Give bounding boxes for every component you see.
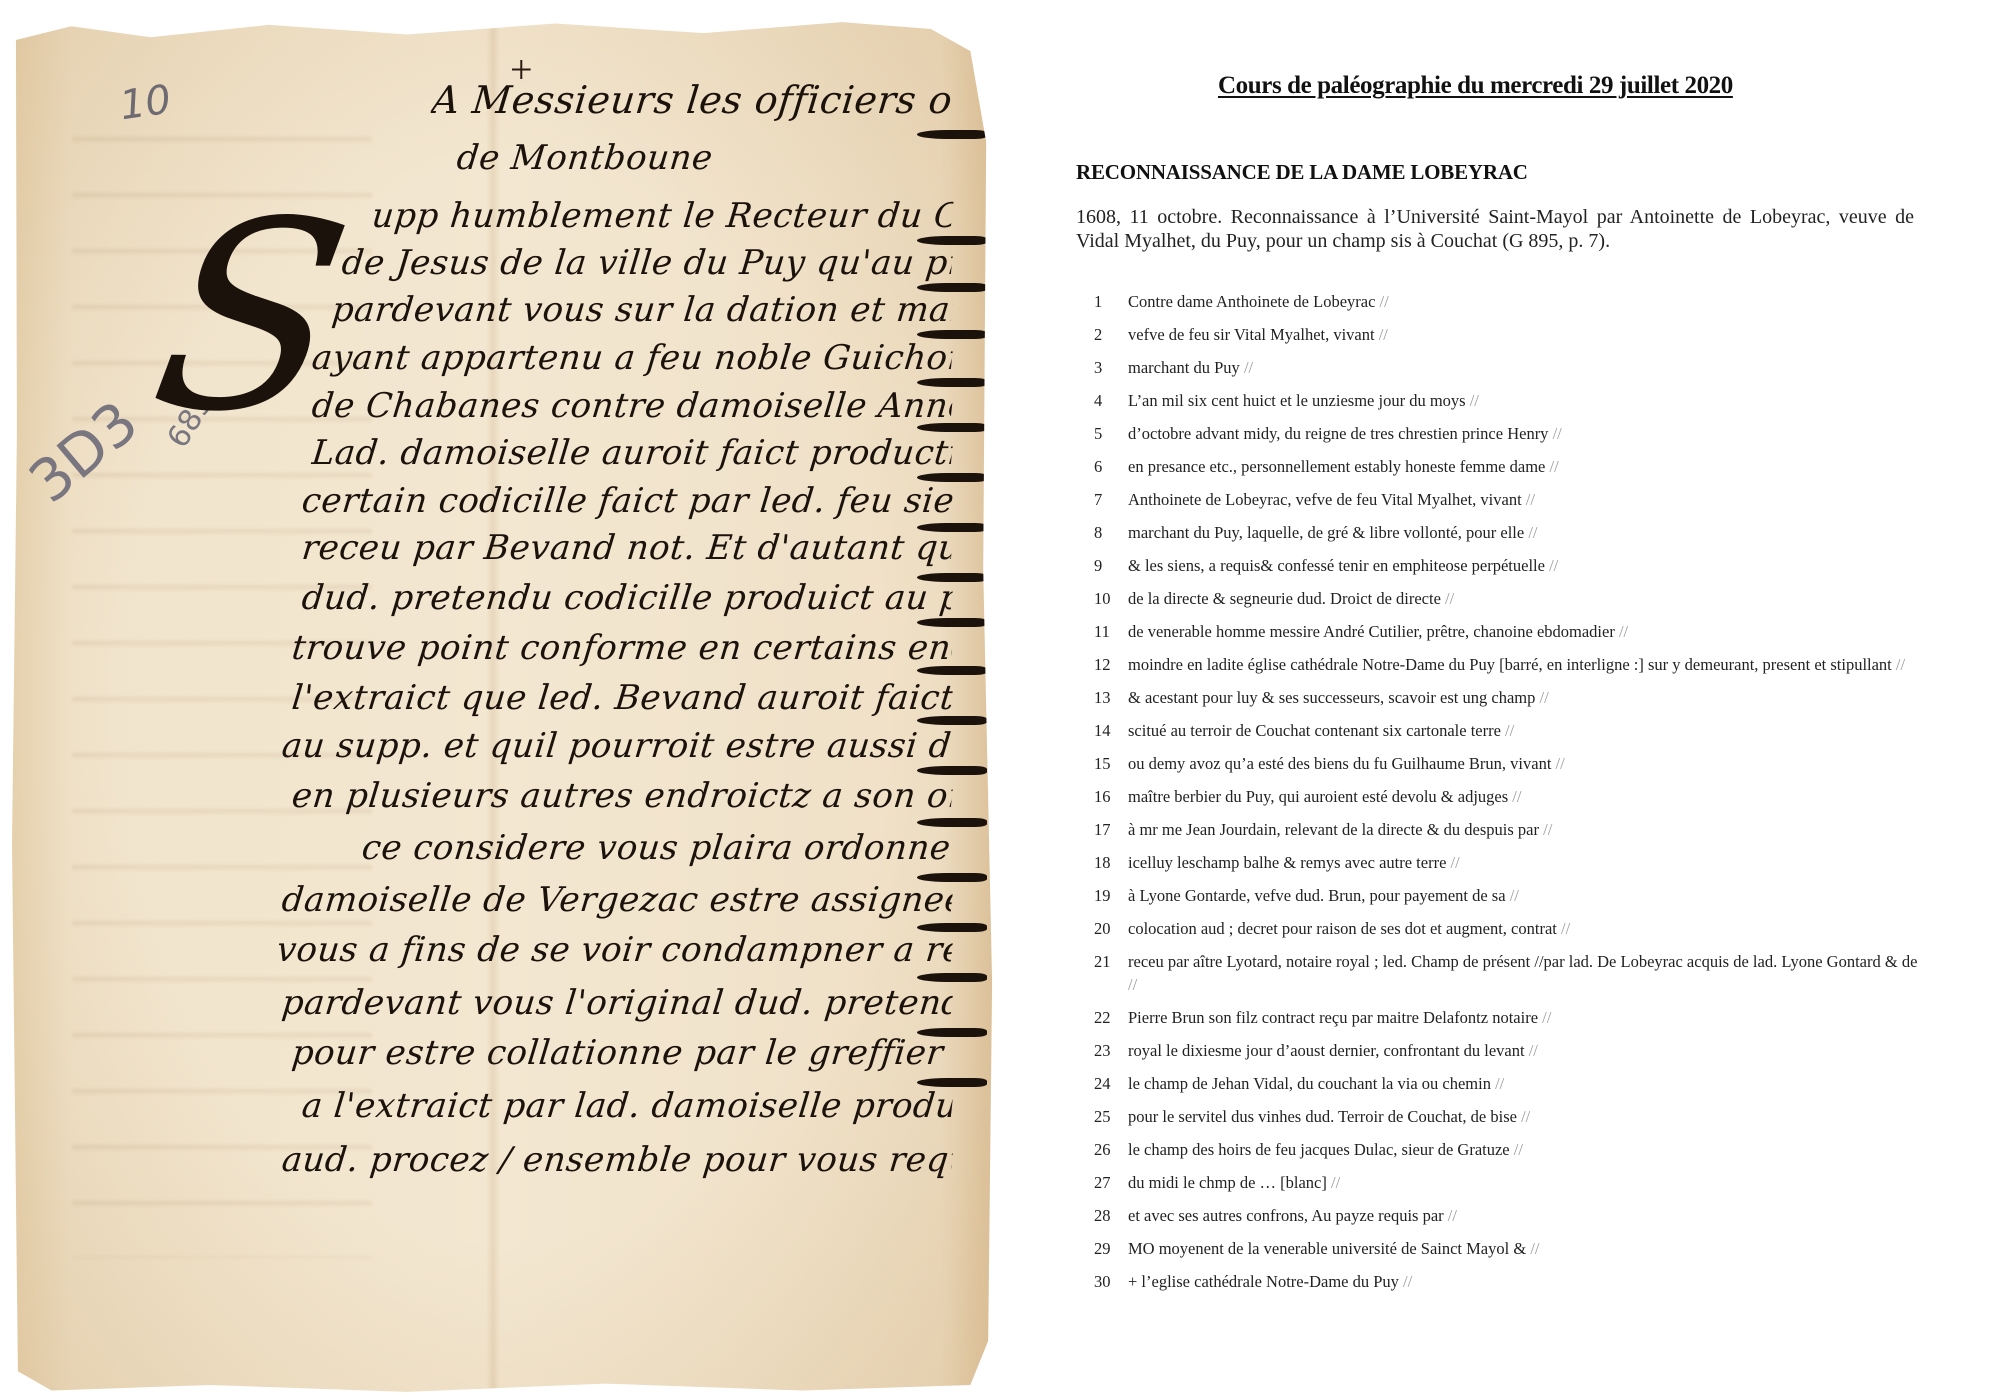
line-text: Pierre Brun son filz contract reçu par m… — [1128, 1006, 1922, 1029]
line-number: 25 — [1092, 1105, 1128, 1128]
line-number: 23 — [1092, 1039, 1128, 1062]
handwritten-line: aud. procez / ensemble pour vous requis … — [280, 1140, 954, 1180]
transcription-line: 27du midi le chmp de … [blanc] // — [1092, 1171, 1922, 1194]
transcription-line: 7Anthoinete de Lobeyrac, vefve de feu Vi… — [1092, 488, 1922, 511]
line-text: royal le dixiesme jour d’aoust dernier, … — [1128, 1039, 1922, 1062]
line-number: 14 — [1092, 719, 1128, 742]
line-filler-stroke — [917, 766, 987, 775]
document-summary: 1608, 11 octobre. Reconnaissance à l’Uni… — [1076, 205, 1914, 253]
folio-number: 10 — [117, 77, 174, 130]
line-separator: // — [1505, 721, 1514, 740]
handwritten-line: upp humblement le Recteur du College de … — [370, 196, 954, 236]
line-text: en presance etc., personnellement establ… — [1128, 455, 1922, 478]
transcription-line: 19à Lyone Gontarde, vefve dud. Brun, pou… — [1092, 884, 1922, 907]
line-filler-stroke — [917, 523, 987, 532]
transcription-line: 21receu par aître Lyotard, notaire royal… — [1092, 950, 1922, 996]
line-filler-stroke — [917, 330, 987, 339]
line-filler-stroke — [917, 1078, 987, 1087]
page-title: Cours de paléographie du mercredi 29 jui… — [1218, 72, 1733, 100]
transcription-line: 20colocation aud ; decret pour raison de… — [1092, 917, 1922, 940]
handwritten-line: a l'extraict par lad. damoiselle produic… — [300, 1086, 954, 1126]
line-separator: // — [1539, 688, 1548, 707]
line-number: 28 — [1092, 1204, 1128, 1227]
line-filler-stroke — [917, 573, 987, 582]
line-filler-stroke — [917, 716, 987, 725]
line-separator: // — [1526, 490, 1535, 509]
line-number: 18 — [1092, 851, 1128, 874]
line-filler-stroke — [917, 873, 987, 882]
line-separator: // — [1521, 1107, 1530, 1126]
transcription-lines: 1Contre dame Anthoinete de Lobeyrac //2v… — [1092, 290, 1922, 1303]
line-separator: // — [1543, 820, 1552, 839]
line-filler-stroke — [917, 283, 987, 292]
transcription-line: 1Contre dame Anthoinete de Lobeyrac // — [1092, 290, 1922, 313]
line-filler-stroke — [917, 1028, 987, 1037]
transcription-line: 22Pierre Brun son filz contract reçu par… — [1092, 1006, 1922, 1029]
transcription-line: 16maître berbier du Puy, qui auroient es… — [1092, 785, 1922, 808]
line-separator: // — [1128, 975, 1137, 994]
handwritten-line: Lad. damoiselle auroit faict production … — [310, 433, 954, 473]
line-number: 17 — [1092, 818, 1128, 841]
line-text: icelluy leschamp balhe & remys avec autr… — [1128, 851, 1922, 874]
line-separator: // — [1528, 523, 1537, 542]
line-filler-stroke — [917, 973, 987, 982]
line-text: marchant du Puy // — [1128, 356, 1922, 379]
line-number: 12 — [1092, 653, 1128, 676]
line-number: 26 — [1092, 1138, 1128, 1161]
line-text: et avec ses autres confrons, Au payze re… — [1128, 1204, 1922, 1227]
transcription-line: 24le champ de Jehan Vidal, du couchant l… — [1092, 1072, 1922, 1095]
line-text: & acestant pour luy & ses successeurs, s… — [1128, 686, 1922, 709]
transcription-line: 4L’an mil six cent huict et le unziesme … — [1092, 389, 1922, 412]
transcription-line: 5d’octobre advant midy, du reigne de tre… — [1092, 422, 1922, 445]
line-number: 7 — [1092, 488, 1128, 511]
transcription-line: 26le champ des hoirs de feu jacques Dula… — [1092, 1138, 1922, 1161]
line-text: le champ de Jehan Vidal, du couchant la … — [1128, 1072, 1922, 1095]
handwritten-line: ayant appartenu a feu noble Guichon de C… — [310, 338, 954, 378]
handwritten-line: ce considere vous plaira ordonner lad. — [360, 828, 954, 868]
line-separator: // — [1445, 589, 1454, 608]
line-number: 13 — [1092, 686, 1128, 709]
line-filler-stroke — [917, 473, 987, 482]
line-text: L’an mil six cent huict et le unziesme j… — [1128, 389, 1922, 412]
transcription-line: 12moindre en ladite église cathédrale No… — [1092, 653, 1922, 676]
handwritten-line: A Messieurs les officiers ordinaires — [430, 78, 955, 122]
line-text: scitué au terroir de Couchat contenant s… — [1128, 719, 1922, 742]
line-separator: // — [1550, 457, 1559, 476]
document-heading: RECONNAISSANCE DE LA DAME LOBEYRAC — [1076, 160, 1528, 185]
transcription-line: 8marchant du Puy, laquelle, de gré & lib… — [1092, 521, 1922, 544]
line-text: de la directe & segneurie dud. Droict de… — [1128, 587, 1922, 610]
line-text: d’octobre advant midy, du reigne de tres… — [1128, 422, 1922, 445]
handwritten-line: l'extraict que led. Bevand auroit faict … — [290, 678, 954, 718]
line-number: 29 — [1092, 1237, 1128, 1260]
line-separator: // — [1542, 1008, 1551, 1027]
line-text: de venerable homme messire André Cutilie… — [1128, 620, 1922, 643]
handwritten-line: pardevant vous l'original dud. pretendu … — [280, 983, 954, 1023]
line-number: 27 — [1092, 1171, 1128, 1194]
line-text: ou demy avoz qu’a esté des biens du fu G… — [1128, 752, 1922, 775]
line-text: Anthoinete de Lobeyrac, vefve de feu Vit… — [1128, 488, 1922, 511]
line-separator: // — [1561, 919, 1570, 938]
transcription-line: 30+ l’eglise cathédrale Notre-Dame du Pu… — [1092, 1270, 1922, 1293]
line-number: 15 — [1092, 752, 1128, 775]
line-separator: // — [1495, 1074, 1504, 1093]
line-number: 3 — [1092, 356, 1128, 379]
line-separator: // — [1553, 424, 1562, 443]
line-number: 5 — [1092, 422, 1128, 445]
line-number: 20 — [1092, 917, 1128, 940]
line-number: 2 — [1092, 323, 1128, 346]
line-separator: // — [1244, 358, 1253, 377]
line-filler-stroke — [917, 923, 987, 932]
handwritten-line: pardevant vous sur la dation et maintenu… — [330, 290, 954, 330]
handwritten-line: dud. pretendu codicille produict au proc… — [300, 578, 954, 618]
handwritten-line: damoiselle de Vergezac estre assignee pa… — [280, 880, 954, 920]
line-text: moindre en ladite église cathédrale Notr… — [1128, 653, 1922, 676]
handwritten-line: vous a fins de se voir condampner a reme… — [275, 930, 954, 970]
line-filler-stroke — [917, 818, 987, 827]
line-separator: // — [1529, 1041, 1538, 1060]
transcription-line: 2vefve de feu sir Vital Myalhet, vivant … — [1092, 323, 1922, 346]
line-separator: // — [1514, 1140, 1523, 1159]
line-separator: // — [1896, 655, 1905, 674]
transcription-line: 11de venerable homme messire André Cutil… — [1092, 620, 1922, 643]
handwritten-line: en plusieurs autres endroictz a son orig… — [290, 776, 954, 816]
transcription-line: 18icelluy leschamp balhe & remys avec au… — [1092, 851, 1922, 874]
line-number: 24 — [1092, 1072, 1128, 1095]
line-filler-stroke — [917, 618, 987, 627]
line-number: 6 — [1092, 455, 1128, 478]
line-filler-stroke — [917, 378, 987, 387]
transcription-line: 14scitué au terroir de Couchat contenant… — [1092, 719, 1922, 742]
line-separator: // — [1448, 1206, 1457, 1225]
line-separator: // — [1379, 325, 1388, 344]
line-number: 30 — [1092, 1270, 1128, 1293]
line-text: à Lyone Gontarde, vefve dud. Brun, pour … — [1128, 884, 1922, 907]
line-text: à mr me Jean Jourdain, relevant de la di… — [1128, 818, 1922, 841]
line-separator: // — [1530, 1239, 1539, 1258]
transcription-line: 13& acestant pour luy & ses successeurs,… — [1092, 686, 1922, 709]
line-separator: // — [1403, 1272, 1412, 1291]
handwritten-line: de Montboune — [455, 138, 715, 178]
line-text: maître berbier du Puy, qui auroient esté… — [1128, 785, 1922, 808]
line-separator: // — [1380, 292, 1389, 311]
line-number: 1 — [1092, 290, 1128, 313]
line-number: 10 — [1092, 587, 1128, 610]
line-separator: // — [1619, 622, 1628, 641]
line-separator: // — [1510, 886, 1519, 905]
transcription-line: 6en presance etc., personnellement estab… — [1092, 455, 1922, 478]
transcription-line: 23royal le dixiesme jour d’aoust dernier… — [1092, 1039, 1922, 1062]
line-filler-stroke — [917, 666, 987, 675]
line-filler-stroke — [917, 423, 987, 432]
line-number: 4 — [1092, 389, 1128, 412]
line-text: MO moyenent de la venerable université d… — [1128, 1237, 1922, 1260]
line-separator: // — [1556, 754, 1565, 773]
handwritten-line: de Chabanes contre damoiselle Anne de Ve… — [310, 386, 954, 426]
line-text: pour le servitel dus vinhes dud. Terroir… — [1128, 1105, 1922, 1128]
handwritten-line: au supp. et quil pourroit estre aussi di… — [280, 726, 954, 766]
line-number: 19 — [1092, 884, 1128, 907]
transcription-line: 17à mr me Jean Jourdain, relevant de la … — [1092, 818, 1922, 841]
line-text: vefve de feu sir Vital Myalhet, vivant /… — [1128, 323, 1922, 346]
line-number: 11 — [1092, 620, 1128, 643]
line-separator: // — [1549, 556, 1558, 575]
line-separator: // — [1451, 853, 1460, 872]
transcription-line: 28et avec ses autres confrons, Au payze … — [1092, 1204, 1922, 1227]
line-number: 16 — [1092, 785, 1128, 808]
line-filler-stroke — [917, 236, 987, 245]
line-text: & les siens, a requis& confessé tenir en… — [1128, 554, 1922, 577]
line-text: colocation aud ; decret pour raison de s… — [1128, 917, 1922, 940]
line-text: receu par aître Lyotard, notaire royal ;… — [1128, 950, 1922, 996]
line-text: + l’eglise cathédrale Notre-Dame du Puy … — [1128, 1270, 1922, 1293]
transcription-line: 9& les siens, a requis& confessé tenir e… — [1092, 554, 1922, 577]
line-number: 8 — [1092, 521, 1128, 544]
line-separator: // — [1331, 1173, 1340, 1192]
line-separator: // — [1470, 391, 1479, 410]
handwritten-line: pour estre collationne par le greffier d… — [290, 1033, 954, 1073]
transcription-line: 3marchant du Puy // — [1092, 356, 1922, 379]
handwritten-line: certain codicille faict par led. feu sie… — [300, 481, 954, 521]
transcription-line: 10de la directe & segneurie dud. Droict … — [1092, 587, 1922, 610]
line-number: 9 — [1092, 554, 1128, 577]
line-number: 22 — [1092, 1006, 1128, 1029]
line-text: marchant du Puy, laquelle, de gré & libr… — [1128, 521, 1922, 544]
handwritten-line: receu par Bevand not. Et d'autant que la… — [300, 528, 954, 568]
line-separator: // — [1512, 787, 1521, 806]
handwritten-line: trouve point conforme en certains endroi… — [290, 628, 954, 668]
line-text: le champ des hoirs de feu jacques Dulac,… — [1128, 1138, 1922, 1161]
line-number: 21 — [1092, 950, 1128, 996]
line-text: du midi le chmp de … [blanc] // — [1128, 1171, 1922, 1194]
transcription-line: 29MO moyenent de la venerable université… — [1092, 1237, 1922, 1260]
line-text: Contre dame Anthoinete de Lobeyrac // — [1128, 290, 1922, 313]
line-filler-stroke — [917, 130, 987, 139]
handwritten-line: de Jesus de la ville du Puy qu'au procez… — [340, 243, 954, 283]
manuscript-image: + 10 3D3 685 S A Messieurs les officiers… — [12, 18, 1000, 1396]
transcription-line: 25pour le servitel dus vinhes dud. Terro… — [1092, 1105, 1922, 1128]
transcription-line: 15ou demy avoz qu’a esté des biens du fu… — [1092, 752, 1922, 775]
